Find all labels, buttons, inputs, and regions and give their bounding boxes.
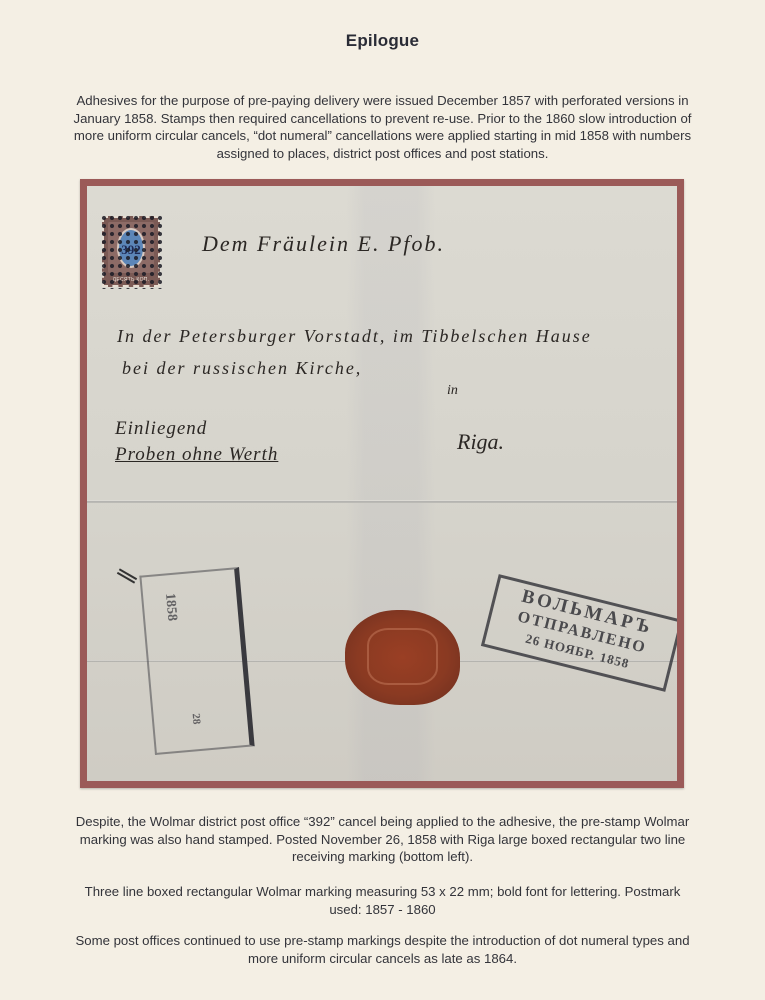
cover-photo-frame: 392 ДЕСЯТЬ КОП. Dem Fräulein E. Pfob. In…: [80, 179, 684, 788]
handwriting-note: Proben ohne Werth: [115, 444, 278, 466]
fold-line: [87, 500, 677, 503]
handwriting-note: Einliegend: [115, 418, 207, 440]
riga-marking-year: 1858: [161, 592, 179, 621]
handwriting-addressee: Dem Fräulein E. Pfob.: [202, 231, 445, 257]
postal-cover: 392 ДЕСЯТЬ КОП. Dem Fräulein E. Pfob. In…: [87, 186, 677, 781]
caption-paragraph: Some post offices continued to use pre-s…: [70, 932, 695, 967]
wax-seal: [345, 610, 460, 705]
page-title: Epilogue: [0, 31, 765, 51]
caption-paragraph: Despite, the Wolmar district post office…: [70, 813, 695, 866]
postage-stamp: 392 ДЕСЯТЬ КОП.: [102, 216, 160, 287]
handwriting-address-line: In der Petersburger Vorstadt, im Tibbels…: [117, 326, 592, 347]
intro-paragraph: Adhesives for the purpose of pre-paying …: [60, 92, 705, 162]
handwriting-city: Riga.: [457, 429, 504, 455]
handwriting-in: in: [447, 383, 458, 399]
riga-marking-day: 28: [190, 713, 203, 725]
handwriting-address-line: bei der russischen Kirche,: [122, 358, 362, 379]
riga-receiving-marking: 1858 28: [139, 567, 254, 755]
dot-cancel-pattern: [100, 214, 162, 289]
pen-mark: [117, 568, 137, 583]
wolmar-boxed-marking: ВОЛЬМАРЪ ОТПРАВЛЕНО 26 НОЯБР. 1858: [481, 574, 677, 692]
caption-paragraph: Three line boxed rectangular Wolmar mark…: [70, 883, 695, 918]
